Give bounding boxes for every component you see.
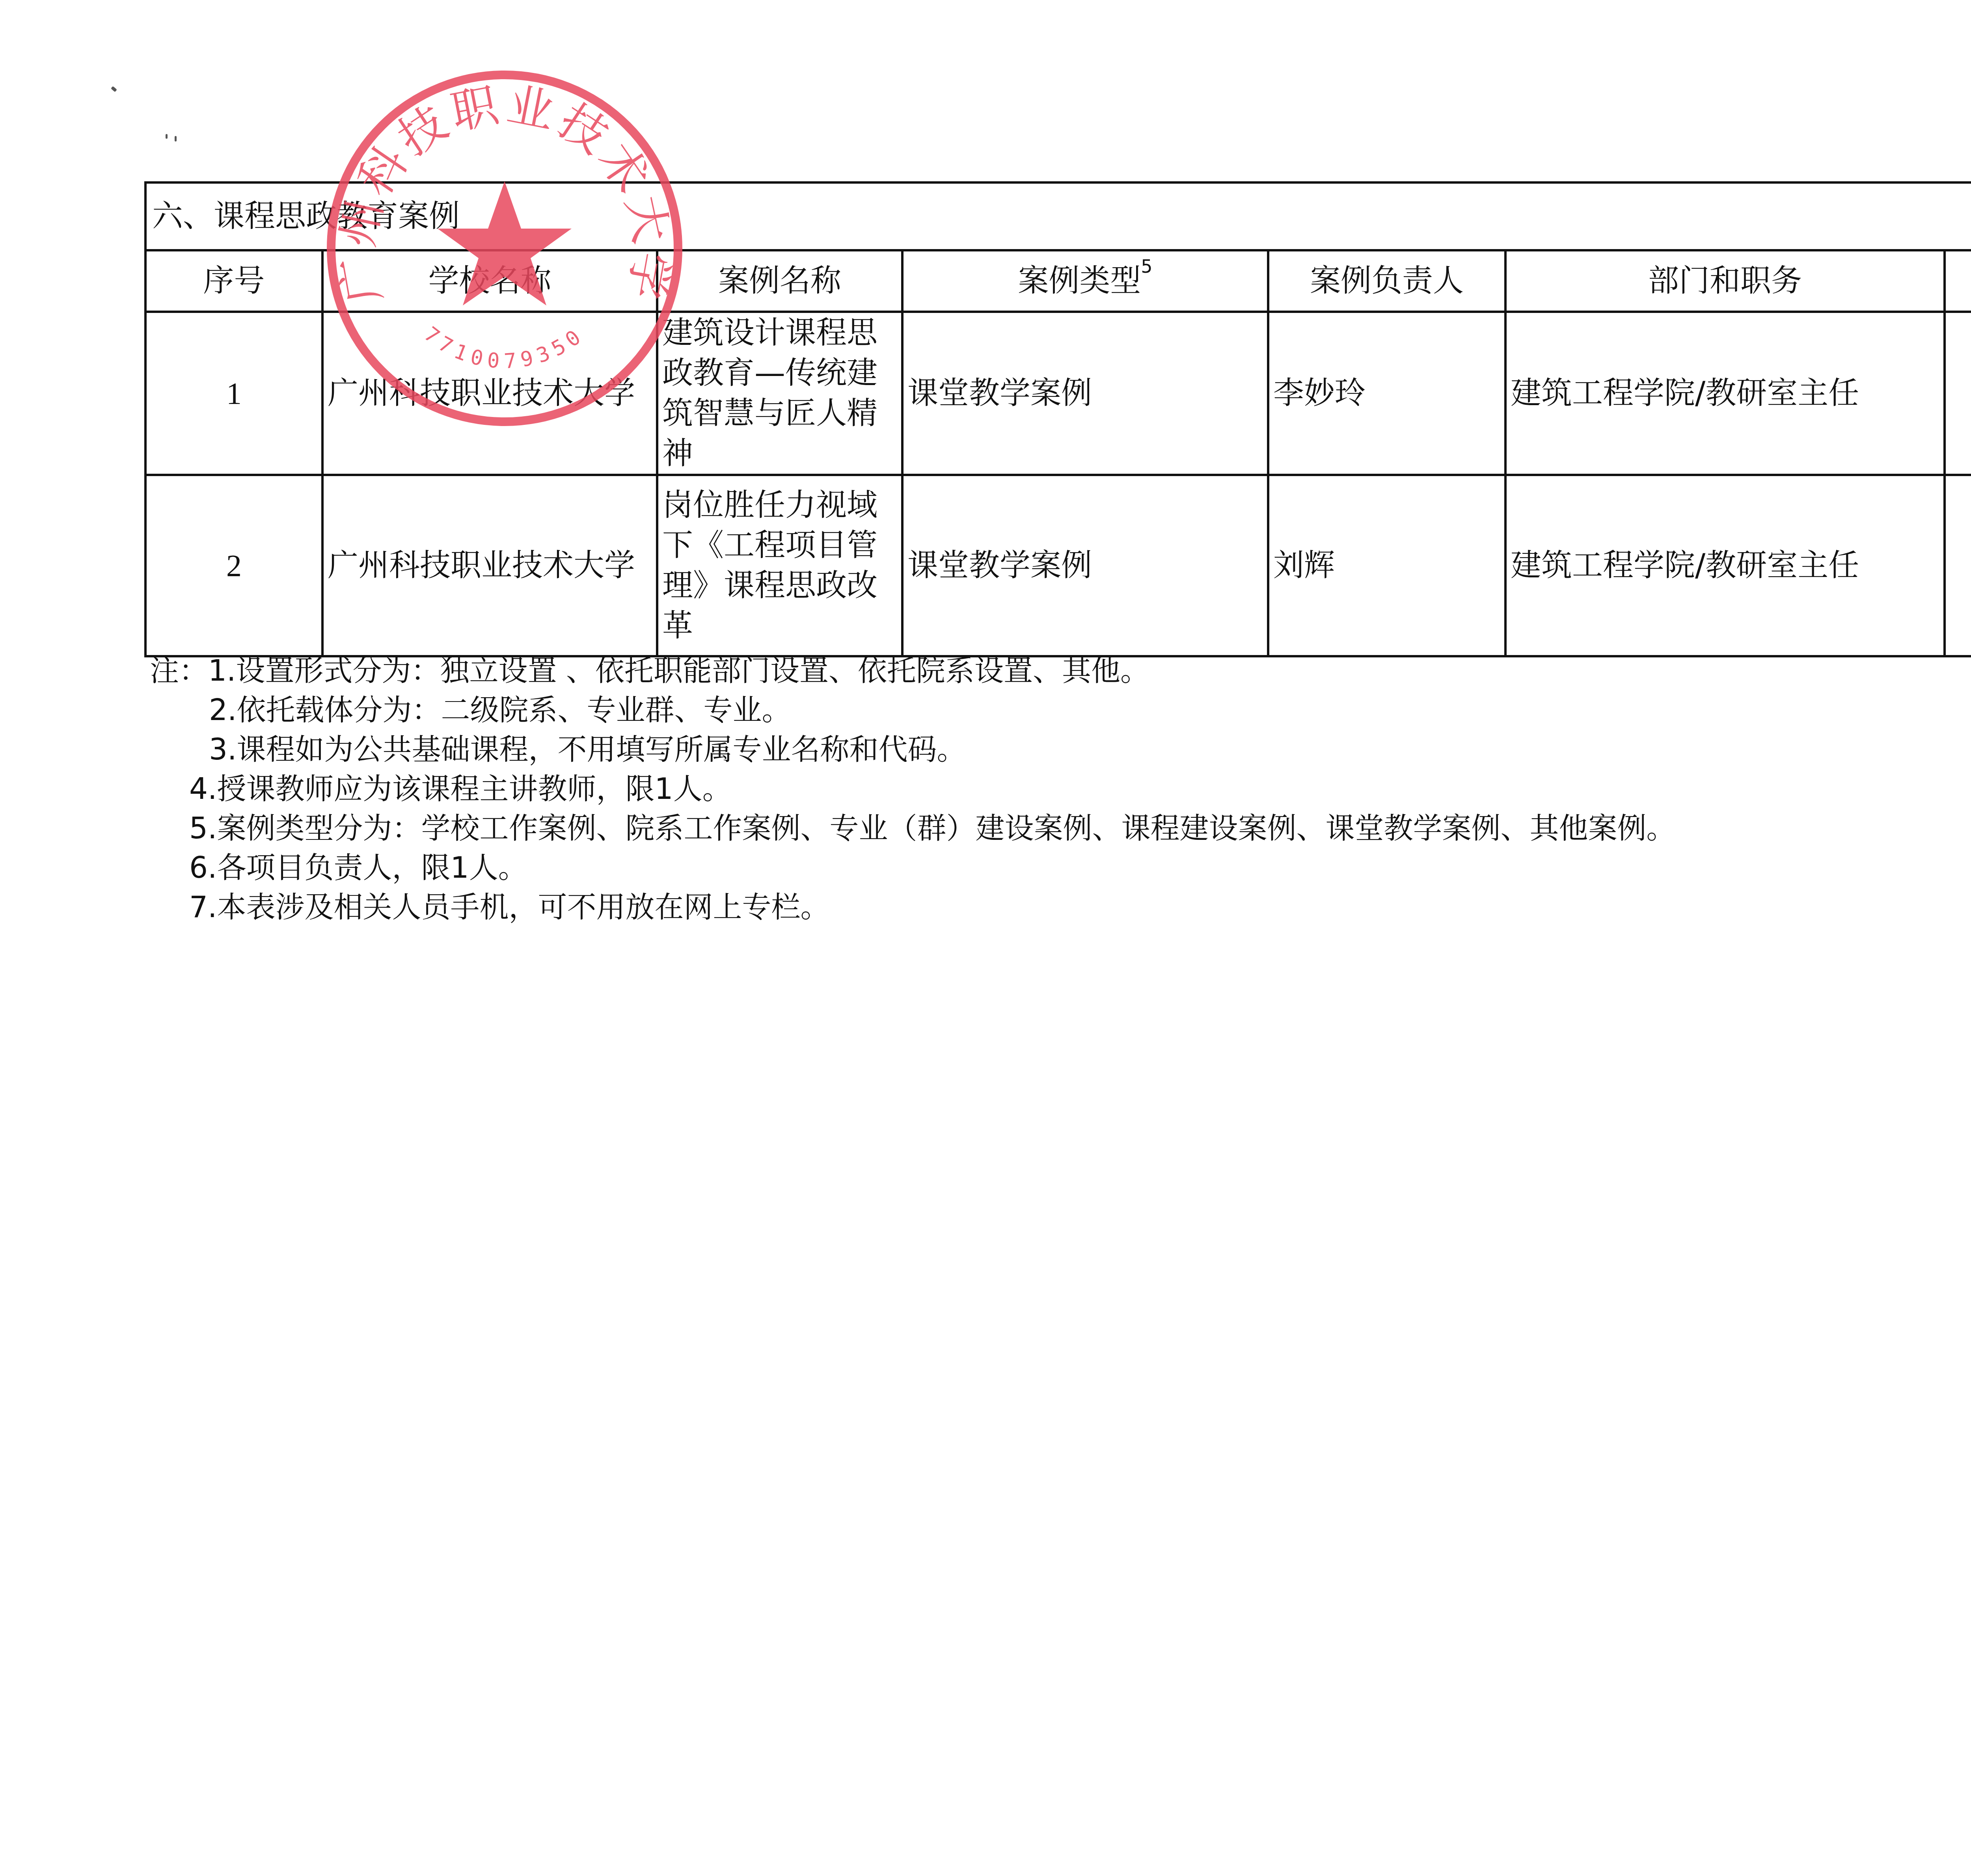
header-case-type: 案例类型5 <box>902 250 1268 312</box>
notes-prefix: 注： <box>150 654 208 688</box>
cell-seq: 1 <box>145 312 322 475</box>
header-dept-title: 部门和职务 <box>1505 250 1945 312</box>
header-owner: 案例负责人 <box>1268 250 1505 312</box>
cell-phone: 17719566899 <box>1945 475 1971 656</box>
course-ideology-case-table: 六、课程思政教育案例 序号 学校名称 案例名称 案例类型5 案例负责人 部门和职… <box>144 181 1971 657</box>
scanned-page: 六、课程思政教育案例 序号 学校名称 案例名称 案例类型5 案例负责人 部门和职… <box>0 0 1971 1876</box>
cell-case-name: 建筑设计课程思政教育—传统建筑智慧与匠人精神 <box>657 312 902 475</box>
cell-case-name: 岗位胜任力视域下《工程项目管理》课程思政改革 <box>657 475 902 656</box>
footnotes: 注：1.设置形式分为：独立设置 、依托职能部门设置、依托院系设置、其他。 2.依… <box>150 651 1676 927</box>
note-2: 2.依托载体分为：二级院系、专业群、专业。 <box>150 690 1676 730</box>
note-line: 注：1.设置形式分为：独立设置 、依托职能部门设置、依托院系设置、其他。 <box>150 651 1676 690</box>
note-1: 1.设置形式分为：独立设置 、依托职能部门设置、依托院系设置、其他。 <box>208 654 1149 688</box>
cell-school: 广州科技职业技术大学 <box>322 475 657 656</box>
header-case-type-label: 案例类型 <box>1018 263 1141 299</box>
table-header-row: 序号 学校名称 案例名称 案例类型5 案例负责人 部门和职务 手机 邮箱 <box>145 250 1971 312</box>
cell-school: 广州科技职业技术大学 <box>322 312 657 475</box>
scan-speck <box>166 134 168 139</box>
section-title-row: 六、课程思政教育案例 <box>145 182 1971 250</box>
note-4: 4.授课教师应为该课程主讲教师，限1人。 <box>150 769 1676 809</box>
cell-dept-title: 建筑工程学院/教研室主任 <box>1505 312 1945 475</box>
header-phone: 手机 <box>1945 250 1971 312</box>
note-7: 7.本表涉及相关人员手机，可不用放在网上专栏。 <box>150 888 1676 927</box>
cell-phone: 13411843560 <box>1945 312 1971 475</box>
table-row: 2 广州科技职业技术大学 岗位胜任力视域下《工程项目管理》课程思政改革 课堂教学… <box>145 475 1971 656</box>
note-6: 6.各项目负责人，限1人。 <box>150 848 1676 888</box>
cell-owner: 李妙玲 <box>1268 312 1505 475</box>
header-school: 学校名称 <box>322 250 657 312</box>
scan-speck <box>175 136 177 141</box>
table-row: 1 广州科技职业技术大学 建筑设计课程思政教育—传统建筑智慧与匠人精神 课堂教学… <box>145 312 1971 475</box>
section-title: 六、课程思政教育案例 <box>145 182 1971 250</box>
cell-dept-title: 建筑工程学院/教研室主任 <box>1505 475 1945 656</box>
cell-case-type: 课堂教学案例 <box>902 475 1268 656</box>
cell-seq: 2 <box>145 475 322 656</box>
note-3: 3.课程如为公共基础课程，不用填写所属专业名称和代码。 <box>150 730 1676 769</box>
note-5: 5.案例类型分为：学校工作案例、院系工作案例、专业（群）建设案例、课程建设案例、… <box>150 809 1676 848</box>
cell-case-type: 课堂教学案例 <box>902 312 1268 475</box>
cell-owner: 刘辉 <box>1268 475 1505 656</box>
footnote-ref: 5 <box>1141 256 1152 277</box>
scan-speck <box>111 86 117 92</box>
header-seq: 序号 <box>145 250 322 312</box>
header-case-name: 案例名称 <box>657 250 902 312</box>
